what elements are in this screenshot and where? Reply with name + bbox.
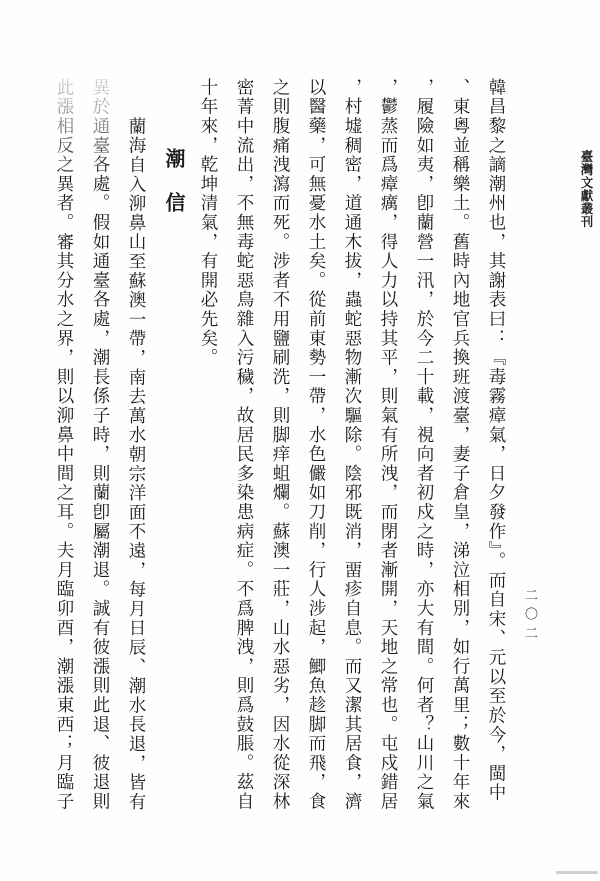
essay-column-3: ，履險如夷，卽蘭營一汛，於今二十載，視向者初戍之時，亦大有間。何者？山川之氣 <box>407 78 443 816</box>
book-page: 臺灣文獻叢刊 二〇二 韓昌黎之謫潮州也，其謝表曰：『毒霧瘴氣，日夕發作』。而自宋… <box>0 0 600 881</box>
essay-column-7: 之則腹痛洩瀉而死。涉者不用鹽刷洗，則脚痒蛆爛。蘇澳一莊，山水惡劣，因水從深林 <box>263 78 299 816</box>
tide-column-1: 蘭海自入泖鼻山至蘇澳一帶，南去萬水朝宗洋面不遠，每月日辰、潮水長退，皆有 <box>119 78 155 816</box>
essay-column-1: 韓昌黎之謫潮州也，其謝表曰：『毒霧瘴氣，日夕發作』。而自宋、元以至於今，閩中 <box>479 78 515 816</box>
essay-column-4: ，鬱蒸而爲瘴癘，得人力以持其平，則氣有所洩，而閉者漸開，天地之常也。屯戍錯居 <box>371 78 407 816</box>
essay-column-6: 以醫藥，可無憂水土矣。從前東勢一帶，水色儼如刀削，行人涉起，鯽魚趁脚而飛，食 <box>299 78 335 816</box>
tide-column-2: 異於通臺各處。假如通臺各處，潮長係子時，則蘭卽屬潮退。誠有彼漲則此退、彼退則 <box>83 78 119 816</box>
page-number: 二〇二 <box>521 588 540 645</box>
tide-column-3: 此漲相反之異者。審其分水之界，則以泖鼻中間之耳。夫月臨卯酉，潮漲東西；月臨子 <box>47 78 83 816</box>
section-heading-tide: 潮 信 <box>155 78 191 816</box>
essay-column-9: 十年來，乾坤清氣，有開必先矣。 <box>191 78 227 816</box>
essay-column-2: 、東粵並稱樂土。舊時內地官兵換班渡臺，妻子倉皇，涕泣相別，如行萬里；數十年來 <box>443 78 479 816</box>
text-block: 韓昌黎之謫潮州也，其謝表曰：『毒霧瘴氣，日夕發作』。而自宋、元以至於今，閩中 、… <box>47 78 515 816</box>
scan-mark-artifact <box>556 871 598 874</box>
essay-column-8: 密菁中流出，不無毒蛇惡鳥雜入污穢，故居民多染患病症。不爲脾洩，則爲鼓脹。茲自 <box>227 78 263 816</box>
essay-column-5: ，村墟稠密，道通木拔，蟲蛇惡物漸次驅除。陰邪既消，畱疹自息。而又潔其居食，濟 <box>335 78 371 816</box>
series-title: 臺灣文獻叢刊 <box>577 150 595 228</box>
